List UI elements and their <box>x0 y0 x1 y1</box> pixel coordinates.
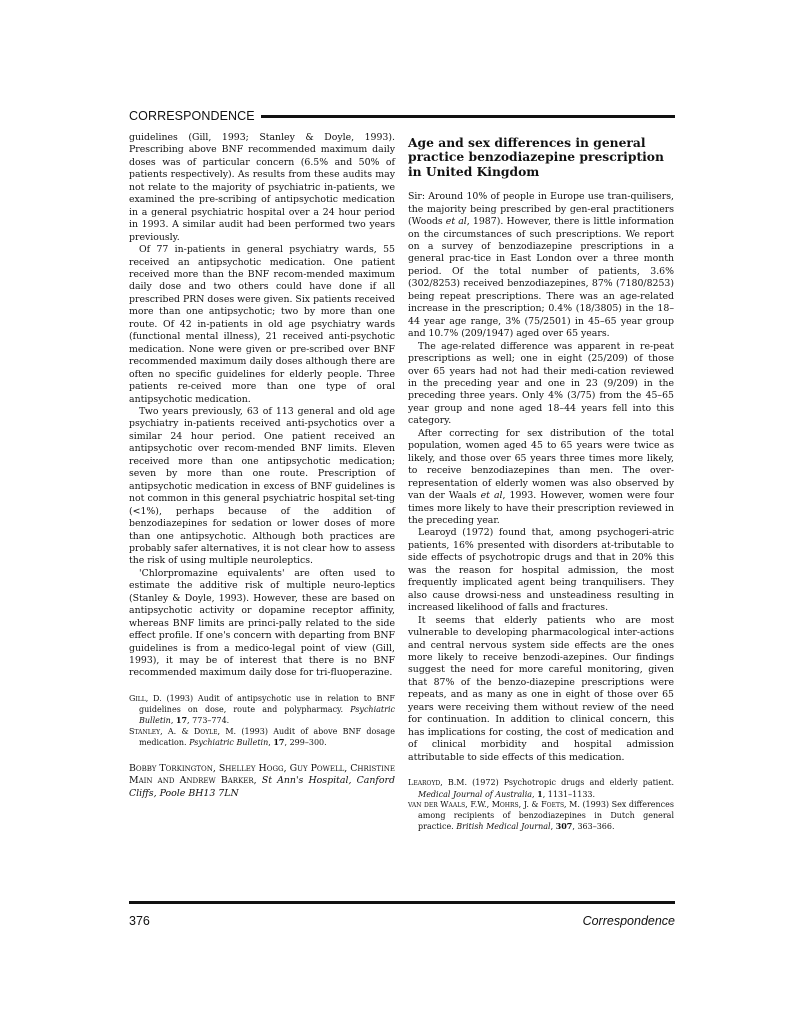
reference-journal: Medical Journal of Australia <box>418 790 532 799</box>
reference-pages: , 773–774. <box>187 716 229 725</box>
reference-text: (1972) Psychotropic drugs and elderly pa… <box>467 778 674 787</box>
section-header: CORRESPONDENCE <box>129 108 675 124</box>
paragraph: Of 77 in-patients in general psychiatry … <box>129 244 395 406</box>
reference-list: Learoyd, B.M. (1972) Psychotropic drugs … <box>408 778 674 833</box>
paragraph: The age-related difference was apparent … <box>408 341 674 428</box>
reference-author: Stanley, A. & Doyle, M. <box>129 727 236 736</box>
reference-pages: , 299–300. <box>285 738 327 747</box>
reference-pages: , 363–366. <box>572 822 614 831</box>
paragraph: Sir: Around 10% of people in Europe use … <box>408 191 674 340</box>
reference-author: Learoyd, B.M. <box>408 778 467 787</box>
reference-list: Gill, D. (1993) Audit of antipsychotic u… <box>129 694 395 749</box>
reference-author: Gill, D. <box>129 694 162 703</box>
paragraph: Two years previously, 63 of 113 general … <box>129 406 395 568</box>
reference-journal: British Medical Journal <box>456 822 550 831</box>
reference-author: van der Waals, F.W., Mohrs, J. & Foets, … <box>408 800 580 809</box>
header-rule <box>261 115 675 118</box>
article-title: Age and sex differences in general pract… <box>408 136 674 179</box>
reference-volume: 307 <box>556 821 573 831</box>
reference: Gill, D. (1993) Audit of antipsychotic u… <box>129 694 395 727</box>
reference: van der Waals, F.W., Mohrs, J. & Foets, … <box>408 800 674 833</box>
page-number: 376 <box>129 914 150 928</box>
reference-journal: Psychiatric Bulletin <box>189 738 268 747</box>
running-title: Correspondence <box>583 914 675 928</box>
right-column: Age and sex differences in general pract… <box>408 132 674 833</box>
reference-volume: 17 <box>176 715 187 725</box>
section-label: CORRESPONDENCE <box>129 109 255 123</box>
reference: Learoyd, B.M. (1972) Psychotropic drugs … <box>408 778 674 800</box>
paragraph: It seems that elderly patients who are m… <box>408 615 674 764</box>
footer-rule <box>129 901 675 904</box>
reference: Stanley, A. & Doyle, M. (1993) Audit of … <box>129 727 395 749</box>
reference-volume: 17 <box>273 737 284 747</box>
paragraph: guidelines (Gill, 1993; Stanley & Doyle,… <box>129 132 395 244</box>
paragraph: Learoyd (1972) found that, among psychog… <box>408 527 674 614</box>
left-column: guidelines (Gill, 1993; Stanley & Doyle,… <box>129 132 395 800</box>
paragraph: 'Chlorpromazine equivalents' are often u… <box>129 568 395 680</box>
paragraph: After correcting for sex distribution of… <box>408 428 674 528</box>
reference-pages: , 1131–1133. <box>543 790 595 799</box>
author-signature: Bobby Torkington, Shelley Hogg, Guy Powe… <box>129 763 395 800</box>
